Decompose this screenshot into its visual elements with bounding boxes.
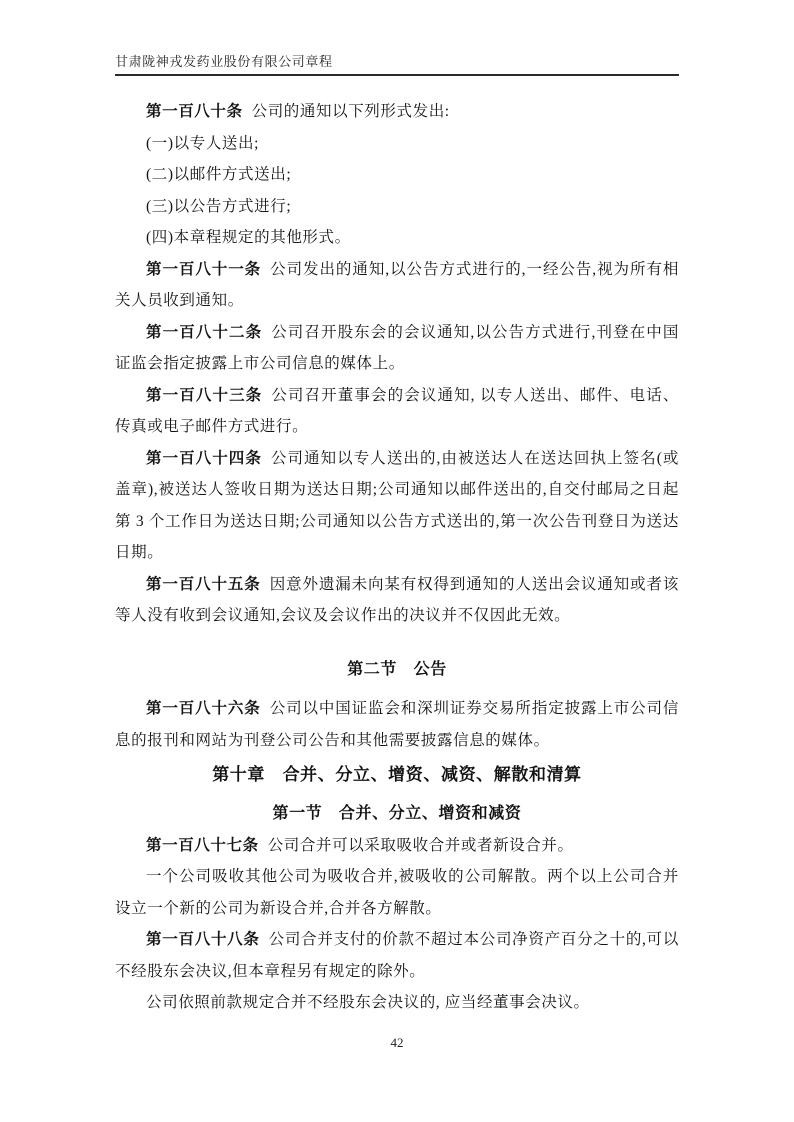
- list-item-paragraph: (三)以公告方式进行;: [115, 191, 679, 223]
- paragraph-text: 公司合并可以采取吸收合并或者新设合并。: [268, 837, 574, 854]
- paragraph-text: (二)以邮件方式送出;: [146, 166, 291, 183]
- article-number: 第一百八十二条: [146, 324, 262, 341]
- article-paragraph: 第一百八十二条公司召开股东会的会议通知,以公告方式进行,刊登在中国证监会指定披露…: [115, 317, 679, 380]
- article-number: 第一百八十一条: [146, 261, 261, 278]
- header-title: 甘肃陇神戎发药业股份有限公司章程: [115, 54, 679, 69]
- article-number: 第一百八十条: [146, 103, 243, 120]
- page-footer: 42: [0, 1034, 794, 1052]
- article-number: 第一百八十八条: [146, 931, 260, 948]
- paragraph-text: 公司的通知以下列形式发出:: [252, 103, 450, 120]
- list-item-paragraph: (二)以邮件方式送出;: [115, 159, 679, 191]
- article-paragraph: 第一百八十三条公司召开董事会的会议通知, 以专人送出、邮件、电话、传真或电子邮件…: [115, 380, 679, 443]
- article-number: 第一百八十七条: [146, 837, 259, 854]
- article-paragraph: 第一百八十一条公司发出的通知,以公告方式进行的,一经公告,视为所有相关人员收到通…: [115, 254, 679, 317]
- section-heading: 第二节 公告: [115, 654, 679, 686]
- paragraph-text: (四)本章程规定的其他形式。: [146, 229, 351, 246]
- article-paragraph: 第一百八十七条公司合并可以采取吸收合并或者新设合并。: [115, 830, 679, 862]
- paragraph-text: 公司依照前款规定合并不经股东会决议的, 应当经董事会决议。: [146, 994, 590, 1011]
- article-number: 第一百八十四条: [146, 450, 262, 467]
- article-paragraph: 第一百八十条公司的通知以下列形式发出:: [115, 96, 679, 128]
- heading-text: 第二节 公告: [347, 661, 447, 678]
- paragraph-text: 一个公司吸收其他公司为吸收合并,被吸收的公司解散。两个以上公司合并设立一个新的公…: [115, 868, 679, 917]
- heading-text: 第一节 合并、分立、增资和减资: [272, 805, 521, 822]
- section-heading: 第一节 合并、分立、增资和减资: [115, 798, 679, 830]
- document-body: 第一百八十条公司的通知以下列形式发出:(一)以专人送出;(二)以邮件方式送出;(…: [115, 96, 679, 1019]
- article-number: 第一百八十六条: [146, 700, 261, 717]
- list-item-paragraph: (四)本章程规定的其他形式。: [115, 222, 679, 254]
- paragraph-text: (一)以专人送出;: [146, 135, 259, 152]
- article-paragraph: 第一百八十八条公司合并支付的价款不超过本公司净资产百分之十的,可以不经股东会决议…: [115, 924, 679, 987]
- chapter-heading: 第十章 合并、分立、增资、减资、解散和清算: [115, 758, 679, 792]
- body-paragraph: 一个公司吸收其他公司为吸收合并,被吸收的公司解散。两个以上公司合并设立一个新的公…: [115, 861, 679, 924]
- document-page: 甘肃陇神戎发药业股份有限公司章程 第一百八十条公司的通知以下列形式发出:(一)以…: [0, 0, 794, 1122]
- page-header: 甘肃陇神戎发药业股份有限公司章程: [115, 54, 679, 76]
- article-paragraph: 第一百八十四条公司通知以专人送出的,由被送达人在送达回执上签名(或盖章),被送达…: [115, 443, 679, 569]
- article-paragraph: 第一百八十六条公司以中国证监会和深圳证券交易所指定披露上市公司信息的报刊和网站为…: [115, 693, 679, 756]
- heading-text: 第十章 合并、分立、增资、减资、解散和清算: [212, 765, 582, 784]
- page-number: 42: [391, 1035, 404, 1050]
- article-paragraph: 第一百八十五条因意外遗漏未向某有权得到通知的人送出会议通知或者该等人没有收到会议…: [115, 569, 679, 632]
- article-number: 第一百八十五条: [146, 576, 261, 593]
- body-paragraph: 公司依照前款规定合并不经股东会决议的, 应当经董事会决议。: [115, 987, 679, 1019]
- article-number: 第一百八十三条: [146, 387, 262, 404]
- paragraph-text: (三)以公告方式进行;: [146, 198, 291, 215]
- list-item-paragraph: (一)以专人送出;: [115, 128, 679, 160]
